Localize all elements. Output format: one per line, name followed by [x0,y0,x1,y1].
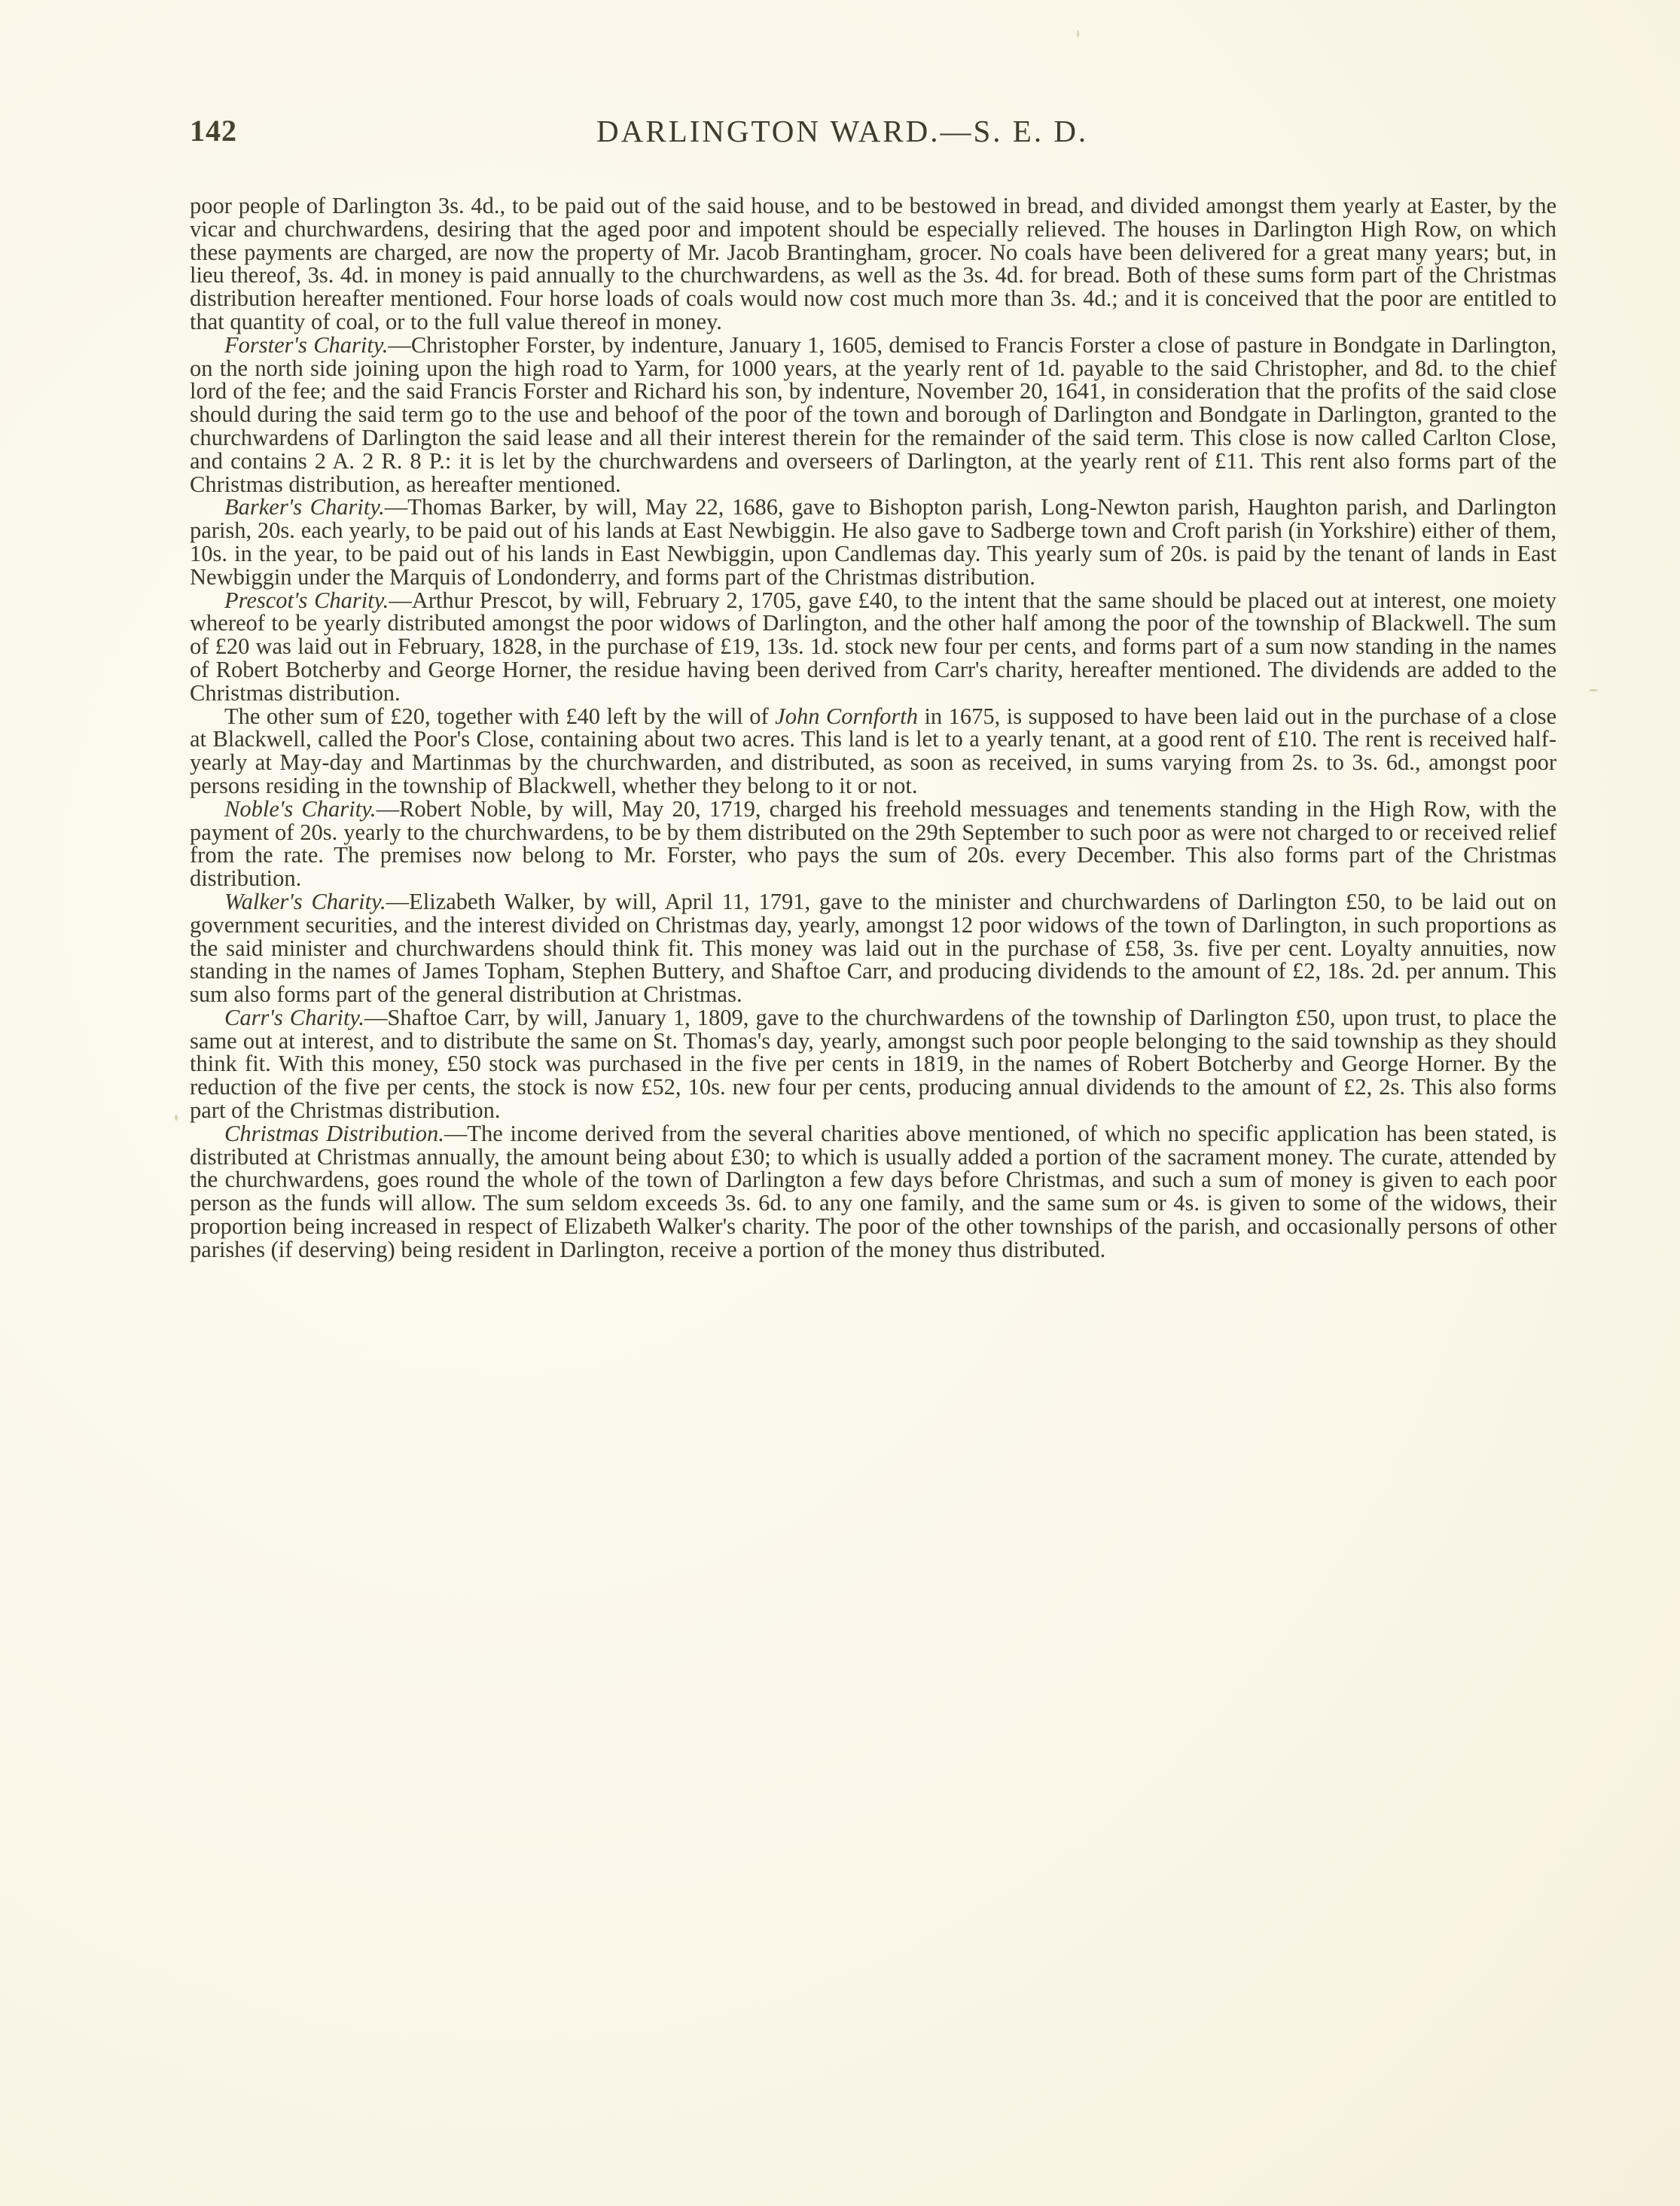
paragraph-cornforth-bequest: The other sum of £20, together with £40 … [190,705,1557,798]
paragraph-carrs-charity: Carr's Charity.—Shaftoe Carr, by will, J… [190,1006,1557,1122]
body-text: poor people of Darlington 3s. 4d., to be… [190,194,1557,1262]
paragraph-continuation: poor people of Darlington 3s. 4d., to be… [190,194,1557,334]
section-heading: Walker's Charity. [224,889,386,914]
paragraph-text: —Arthur Prescot, by will, February 2, 17… [190,587,1557,706]
book-page: 142 DARLINGTON WARD.—S. E. D. poor peopl… [190,113,1557,1262]
running-title: DARLINGTON WARD.—S. E. D. [596,113,1088,149]
paragraph-forsters-charity: Forster's Charity.—Christopher Forster, … [190,334,1557,496]
section-heading: Barker's Charity. [224,494,385,520]
paragraph-walkers-charity: Walker's Charity.—Elizabeth Walker, by w… [190,890,1557,1006]
section-heading: Noble's Charity. [224,796,377,822]
italic-name: John Cornforth [775,703,918,729]
section-heading: Carr's Charity. [224,1005,364,1030]
paragraph-text: —Thomas Barker, by will, May 22, 1686, g… [190,494,1557,589]
section-heading: Christmas Distribution. [224,1121,444,1146]
paper-speck [1589,689,1598,691]
paragraph-nobles-charity: Noble's Charity.—Robert Noble, by will, … [190,798,1557,890]
paper-speck [175,1115,178,1121]
paragraph-text: —Robert Noble, by will, May 20, 1719, ch… [190,796,1557,891]
section-heading: Forster's Charity. [224,332,388,358]
paragraph-text-lead: The other sum of £20, together with £40 … [224,703,775,729]
paragraph-text: —Elizabeth Walker, by will, April 11, 17… [190,889,1557,1007]
page-number: 142 [190,113,237,148]
paragraph-text: poor people of Darlington 3s. 4d., to be… [190,193,1557,334]
paragraph-christmas-distribution: Christmas Distribution.—The income deriv… [190,1122,1557,1262]
paragraph-prescots-charity: Prescot's Charity.—Arthur Prescot, by wi… [190,589,1557,705]
paper-speck [1077,30,1079,38]
paragraph-text: —Shaftoe Carr, by will, January 1, 1809,… [190,1005,1557,1123]
paragraph-text: —Christopher Forster, by indenture, Janu… [190,332,1557,497]
section-heading: Prescot's Charity. [224,587,389,613]
running-head: 142 DARLINGTON WARD.—S. E. D. [190,113,1557,158]
paragraph-barkers-charity: Barker's Charity.—Thomas Barker, by will… [190,496,1557,588]
